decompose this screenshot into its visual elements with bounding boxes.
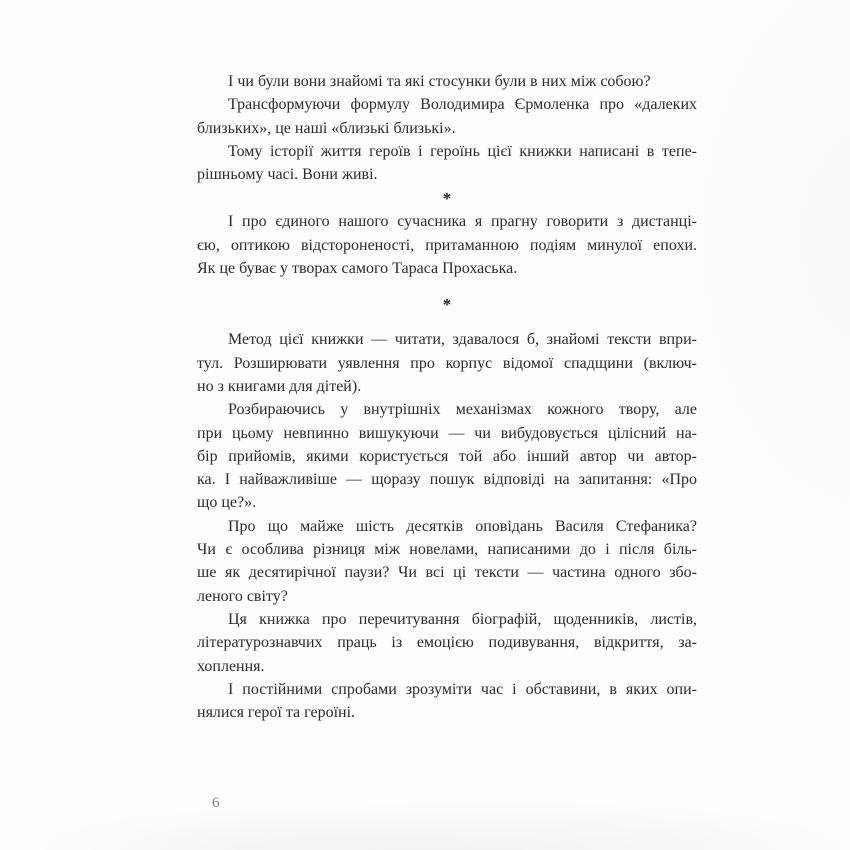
paragraph-8: Ця книжка про перечитування біографій, щ…	[197, 608, 697, 678]
text-line: тул. Розширювати уявлення про корпус від…	[197, 352, 697, 375]
text-block: І чи були вони знайомі та які стосунки б…	[197, 70, 697, 724]
paragraph-1: І чи були вони знайомі та які стосунки б…	[197, 70, 697, 93]
paragraph-7: Про що майже шість десятків оповідань Ва…	[197, 515, 697, 608]
paragraph-5: Метод цієї книжки — читати, здавалося б,…	[197, 328, 697, 398]
text-line: Метод цієї книжки — читати, здавалося б,…	[197, 328, 697, 351]
text-line: Тому історії життя героїв і героїнь цієї…	[197, 140, 697, 163]
text-line: І постійними спробами зрозуміти час і об…	[197, 678, 697, 701]
text-line: Ця книжка про перечитування біографій, щ…	[197, 608, 697, 631]
text-line: Про що майже шість десятків оповідань Ва…	[197, 515, 697, 538]
paragraph-6: Розбираючись у внутрішніх механізмах кож…	[197, 398, 697, 514]
book-page: І чи були вони знайомі та які стосунки б…	[0, 0, 850, 850]
text-line: хоплення.	[197, 655, 697, 678]
text-line: літературознавчих праць із емоцією подив…	[197, 631, 697, 654]
section-separator: *	[197, 186, 697, 210]
paragraph-9: І постійними спробами зрозуміти час і об…	[197, 678, 697, 725]
text-line: леного світу?	[197, 585, 697, 608]
text-line: нялися герої та героїні.	[197, 701, 697, 724]
text-line: Як це буває у творах самого Тараса Проха…	[197, 257, 697, 280]
text-line: при цьому невпинно вишукуючи — чи вибудо…	[197, 422, 697, 445]
text-line: Трансформуючи формулу Володимира Єрмолен…	[197, 93, 697, 116]
section-separator: *	[197, 280, 697, 328]
text-line: єю, оптикою відстороненості, притаманною…	[197, 234, 697, 257]
text-line: що це?».	[197, 491, 697, 514]
asterisk-glyph: *	[443, 190, 452, 207]
text-line: рішньому часі. Вони живі.	[197, 163, 697, 186]
paragraph-2: Трансформуючи формулу Володимира Єрмолен…	[197, 93, 697, 140]
page-number: 6	[212, 795, 220, 812]
text-line: но з книгами для дітей).	[197, 375, 697, 398]
paragraph-4: І про єдиного нашого сучасника я прагну …	[197, 210, 697, 280]
text-line: близьких», це наші «близькі близькі».	[197, 117, 697, 140]
text-line: І чи були вони знайомі та які стосунки б…	[197, 70, 697, 93]
text-line: ше як десятирічної паузи? Чи всі ці текс…	[197, 561, 697, 584]
text-line: Чи є особлива різниця між новелами, напи…	[197, 538, 697, 561]
text-line: бір прийомів, якими користується той або…	[197, 445, 697, 468]
paragraph-3: Тому історії життя героїв і героїнь цієї…	[197, 140, 697, 187]
text-line: Розбираючись у внутрішніх механізмах кож…	[197, 398, 697, 421]
text-line: І про єдиного нашого сучасника я прагну …	[197, 210, 697, 233]
asterisk-glyph: *	[443, 296, 452, 313]
text-line: ка. І найважливіше — щоразу пошук відпов…	[197, 468, 697, 491]
